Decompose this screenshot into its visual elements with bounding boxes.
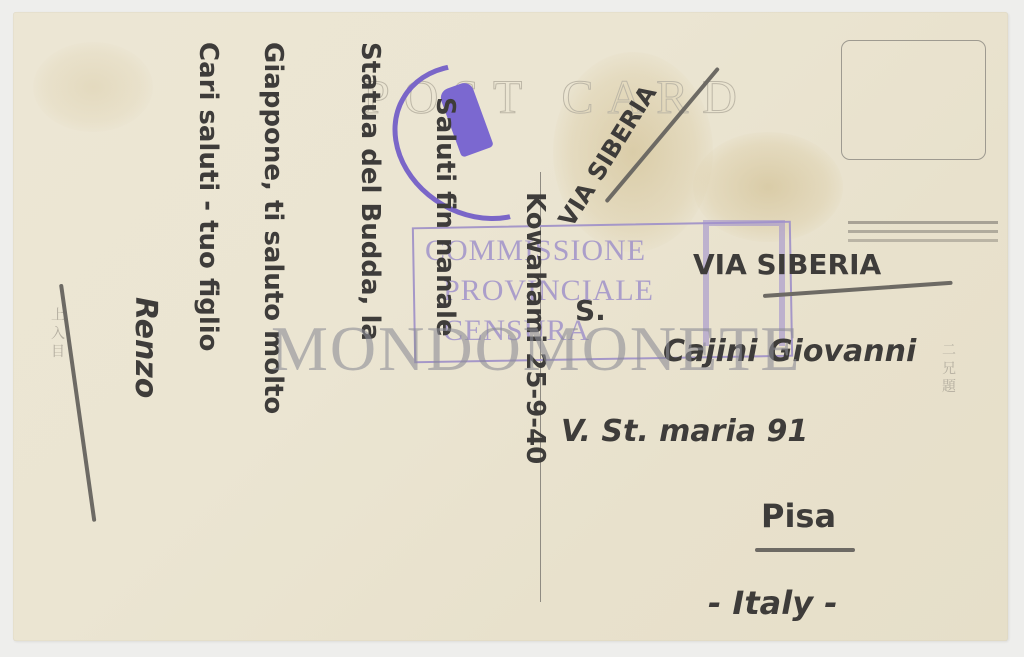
postcard: POST CARD COMMISSIONE PROVINCIALE CENSUR… [13,12,1008,641]
postmark-cancellation [848,217,998,245]
route-via-siberia-horizontal: VIA SIBERIA [693,248,881,281]
watermark: MONDOMONETE [271,312,801,386]
faint-print-left: 上 入 目 [47,307,67,358]
address-line3: V. St. maria 91 [561,414,808,449]
message-signature: Renzo [128,297,163,398]
stamp-box [841,40,986,160]
city-underline [755,548,855,552]
message-line-4: Cari saluti - tuo figlio [193,42,223,352]
address-city: Pisa [761,497,836,535]
message-line-2: Statua del Budda, la [355,42,385,341]
address-country: - Italy - [708,584,837,622]
age-stain [33,42,153,132]
faint-print-right: 二 兄 題 [938,342,958,393]
message-line-1: Saluti fin nanale [430,97,460,337]
